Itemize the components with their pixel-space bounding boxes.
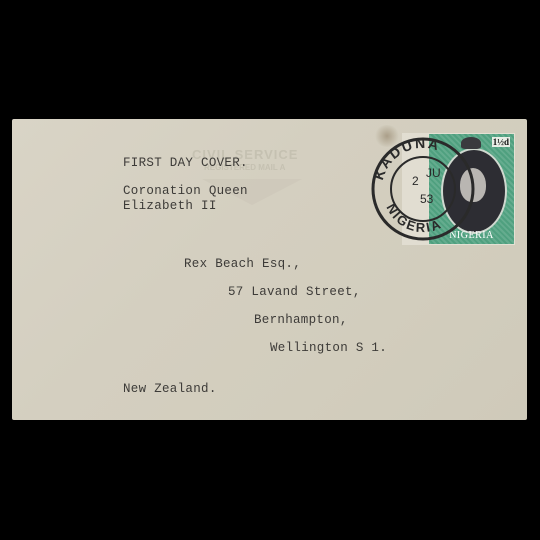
address-street: 57 Lavand Street, xyxy=(228,285,361,299)
heading-text: FIRST DAY COVER. xyxy=(123,156,248,170)
postmark-year: 53 xyxy=(420,192,434,206)
subject-line-2: Elizabeth II xyxy=(123,199,217,213)
address-city: Wellington S 1. xyxy=(270,341,387,355)
postmark-month: JU xyxy=(426,166,441,180)
postmark-cancel-icon: KADUNA NIGERIA 2 JU 53 xyxy=(368,131,478,241)
stamp-value: 1½d xyxy=(492,137,510,147)
address-country: New Zealand. xyxy=(123,382,217,396)
address-suburb: Bernhampton, xyxy=(254,313,348,327)
subject-line-1: Coronation Queen xyxy=(123,184,248,198)
address-addressee: Rex Beach Esq., xyxy=(184,257,301,271)
envelope: CIVIL SERVICE REGISTERED MAIL A FIRST DA… xyxy=(12,119,527,420)
postmark-day: 2 xyxy=(412,174,419,188)
